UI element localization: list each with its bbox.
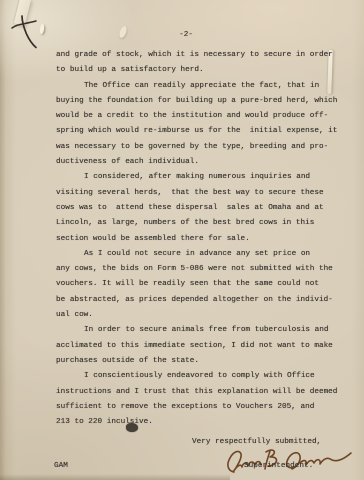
letter-line: Lincoln, as large, numbers of the best b… — [56, 216, 358, 231]
page-number: -2- — [0, 31, 364, 39]
letter-line: As I could not secure in advance any set… — [56, 247, 358, 262]
paper-edge-shadow — [0, 474, 230, 480]
letter-line: buying the foundation for building up a … — [56, 94, 358, 109]
letter-line: was necessary to be governed by the type… — [56, 140, 358, 155]
letter-line: acclimated to this immediate section, I … — [56, 339, 358, 354]
letter-line: The Office can readily appreciate the fa… — [56, 79, 358, 94]
letter-line: section would be assembled there for sal… — [56, 232, 358, 247]
letter-line: vouchers. It will be readily seen that t… — [56, 277, 358, 292]
letter-line: and grade of stock, which it is necessar… — [56, 48, 358, 63]
letter-line: instructions and I trust that this expla… — [56, 385, 358, 400]
letter-line: cows was to attend these dispersal sales… — [56, 201, 358, 216]
letter-line: any cows, the bids on Form 5-086 were no… — [56, 262, 358, 277]
letter-page: -2- and grade of stock, which it is nece… — [0, 0, 364, 480]
letter-line: spring which would re-imburse us for the… — [56, 124, 358, 139]
letter-line: ual cow. — [56, 308, 358, 323]
letter-line: ductiveness of each individual. — [56, 155, 358, 170]
letter-line: would be a credit to the institution and… — [56, 109, 358, 124]
letter-line: sufficient to remove the exceptions to V… — [56, 400, 358, 415]
letter-line: I conscientiously endeavored to comply w… — [56, 369, 358, 384]
letter-line: In order to secure animals free from tub… — [56, 323, 358, 338]
letter-line: visiting several herds, that the best wa… — [56, 186, 358, 201]
ink-smudge — [126, 423, 138, 432]
letter-line: to build up a satisfactory herd. — [56, 63, 358, 78]
signature-title: Superintendent. — [244, 462, 313, 470]
letter-line: be abstracted, as prices depended altoge… — [56, 293, 358, 308]
letter-body: and grade of stock, which it is necessar… — [56, 48, 358, 430]
letter-line: 213 to 220 inculsive. — [56, 415, 358, 430]
letter-line: purchases outside of the state. — [56, 354, 358, 369]
letter-line: I considered, after making numerous inqu… — [56, 170, 358, 185]
typist-initials: GAM — [54, 462, 68, 470]
signature — [220, 441, 354, 477]
